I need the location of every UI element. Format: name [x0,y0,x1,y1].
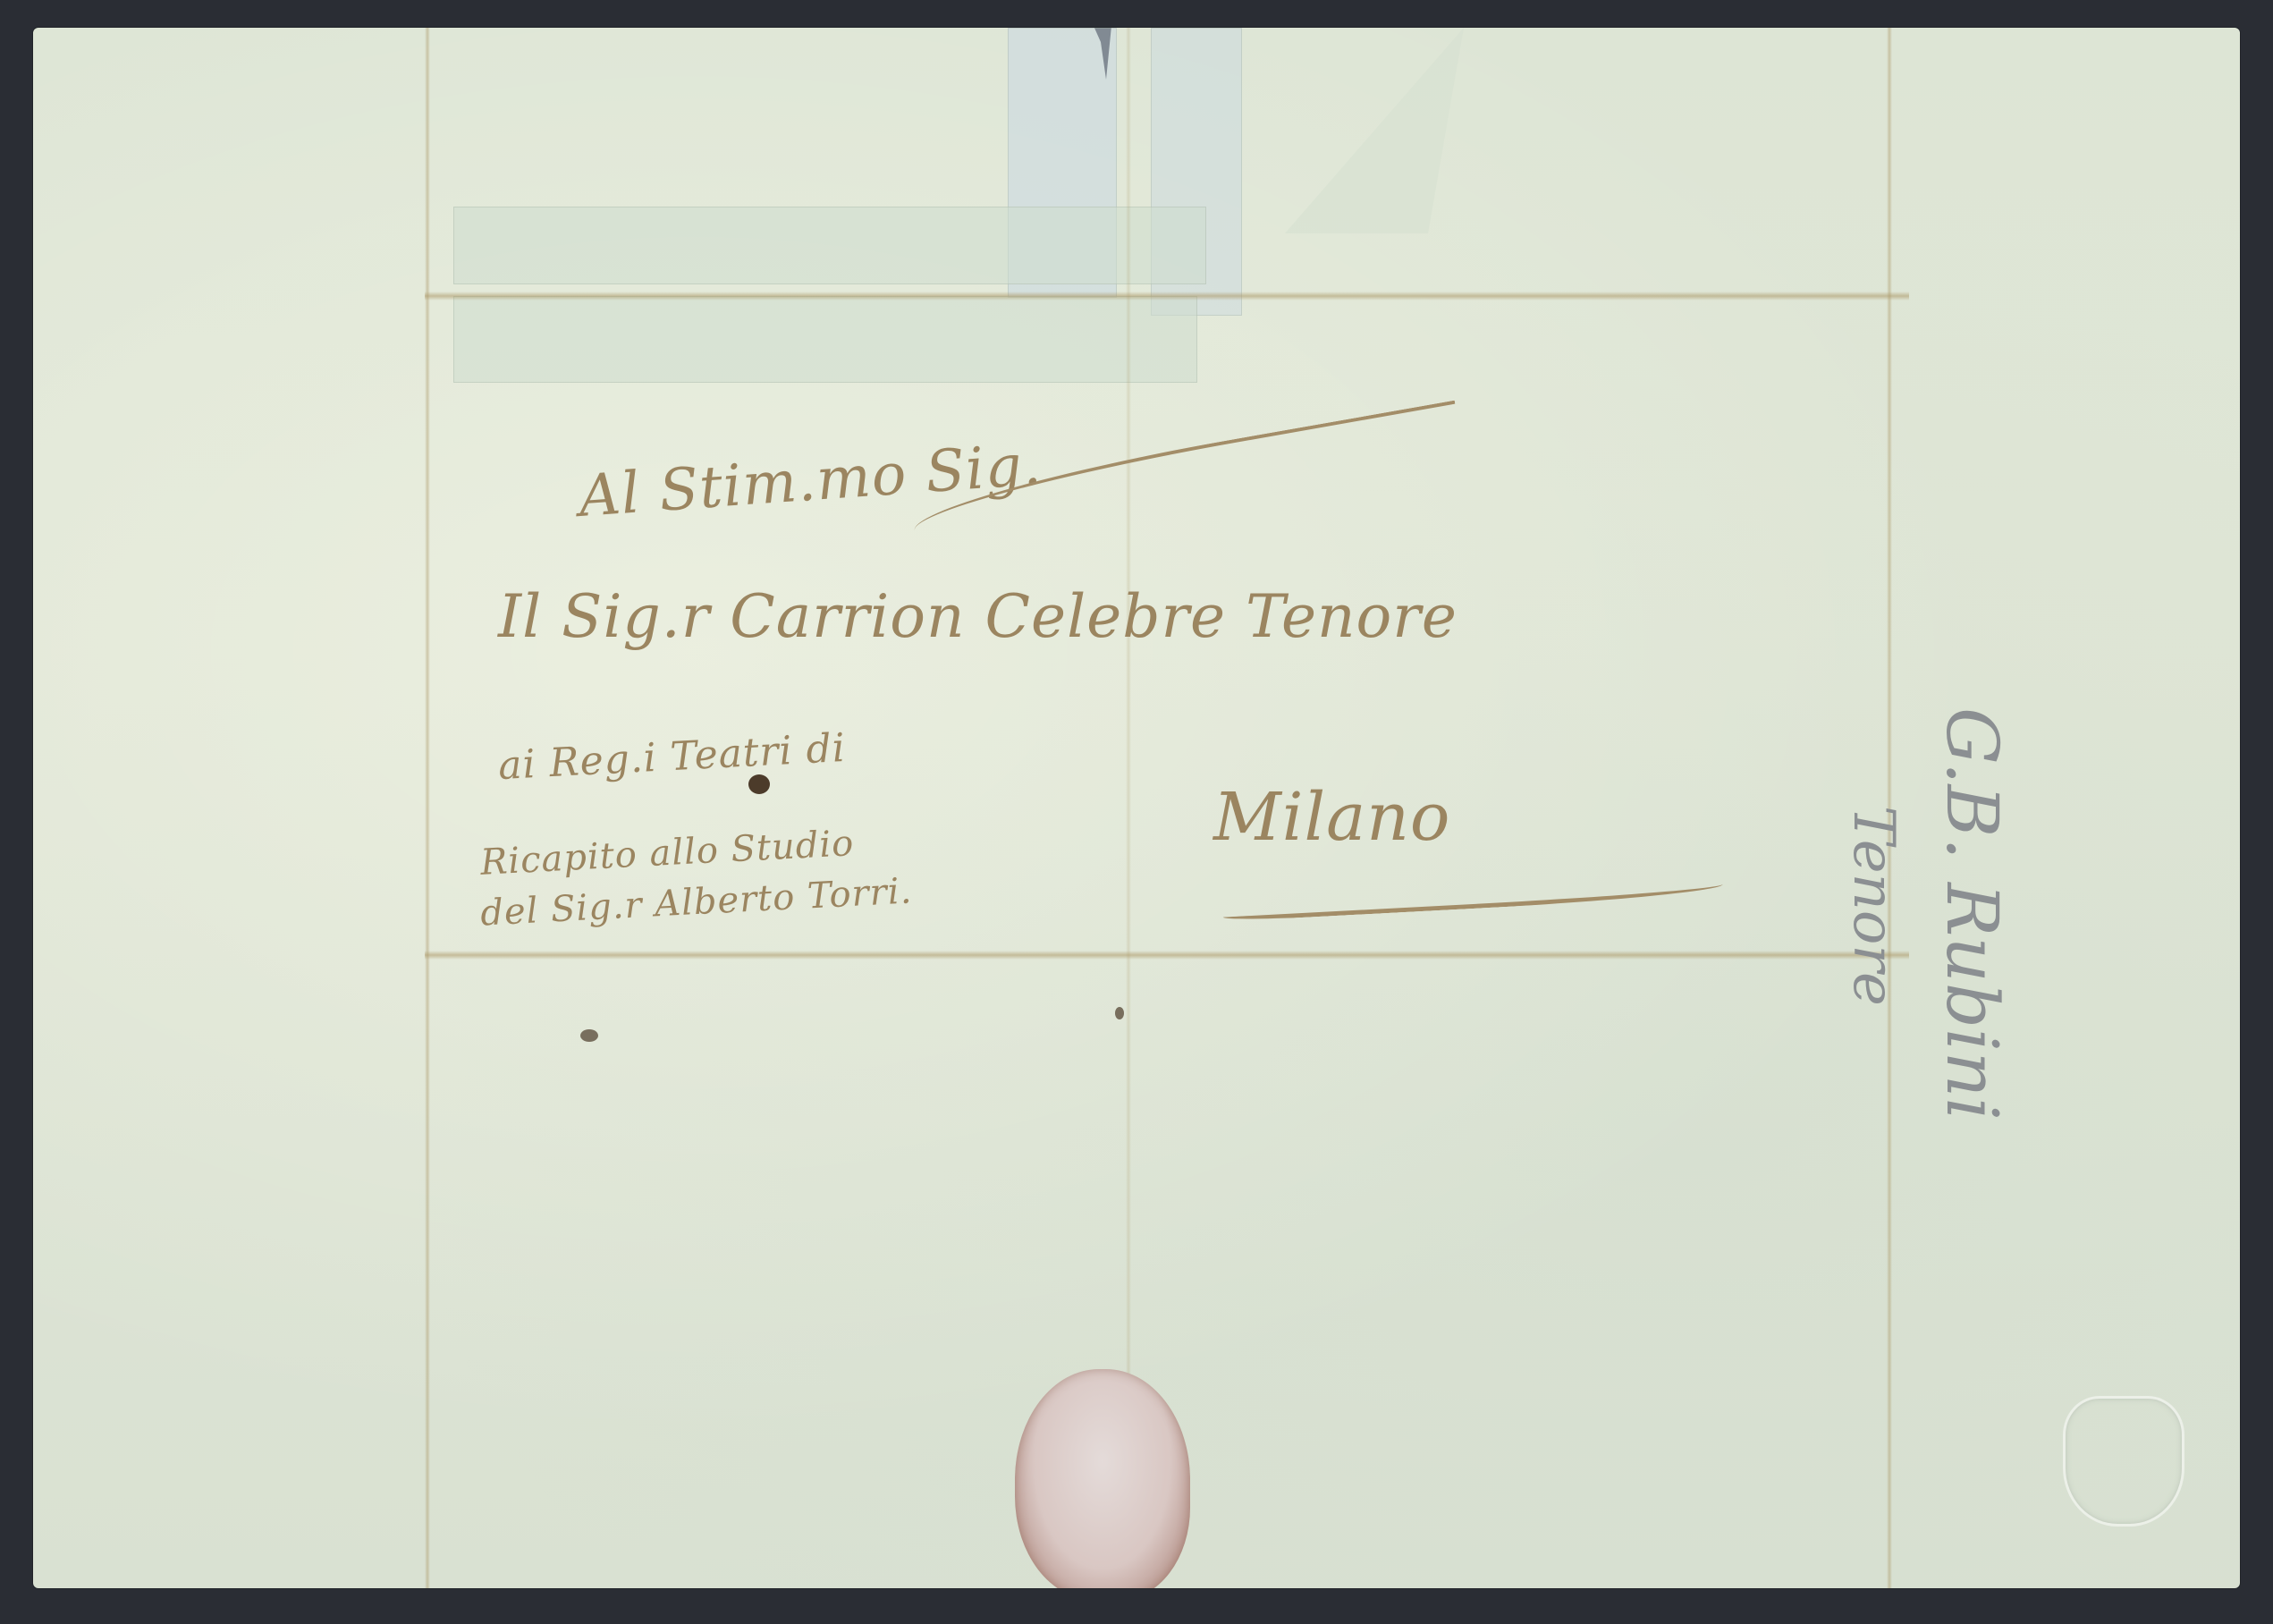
ink-blot [580,1029,598,1042]
embossed-crest [2063,1396,2184,1527]
pencil-note-role: Tenore [1840,806,1906,1006]
ink-blot [748,774,770,794]
address-recipient: Il Sig.r Carrion Celebre Tenore [498,582,1458,651]
fold-line [425,28,430,1588]
city-underline [1222,873,1724,921]
letter-sheet: Al Stim.mo Sig. Il Sig.r Carrion Celebre… [33,28,2240,1588]
fold-line [425,951,1909,960]
fold-line [1126,28,1131,1588]
ink-blot [1115,1007,1124,1019]
tape-strip [453,207,1206,284]
address-venue: ai Reg.i Teatri di [497,725,847,789]
address-city: Milano [1213,779,1450,856]
tape-strip [453,296,1197,383]
address-care-of-1: Ricapito allo Studio [479,823,855,884]
torn-flap [1285,28,1464,233]
fold-line [425,292,1909,300]
pencil-note-name: G.B. Rubini [1931,707,2014,1121]
wax-seal [1015,1369,1190,1588]
